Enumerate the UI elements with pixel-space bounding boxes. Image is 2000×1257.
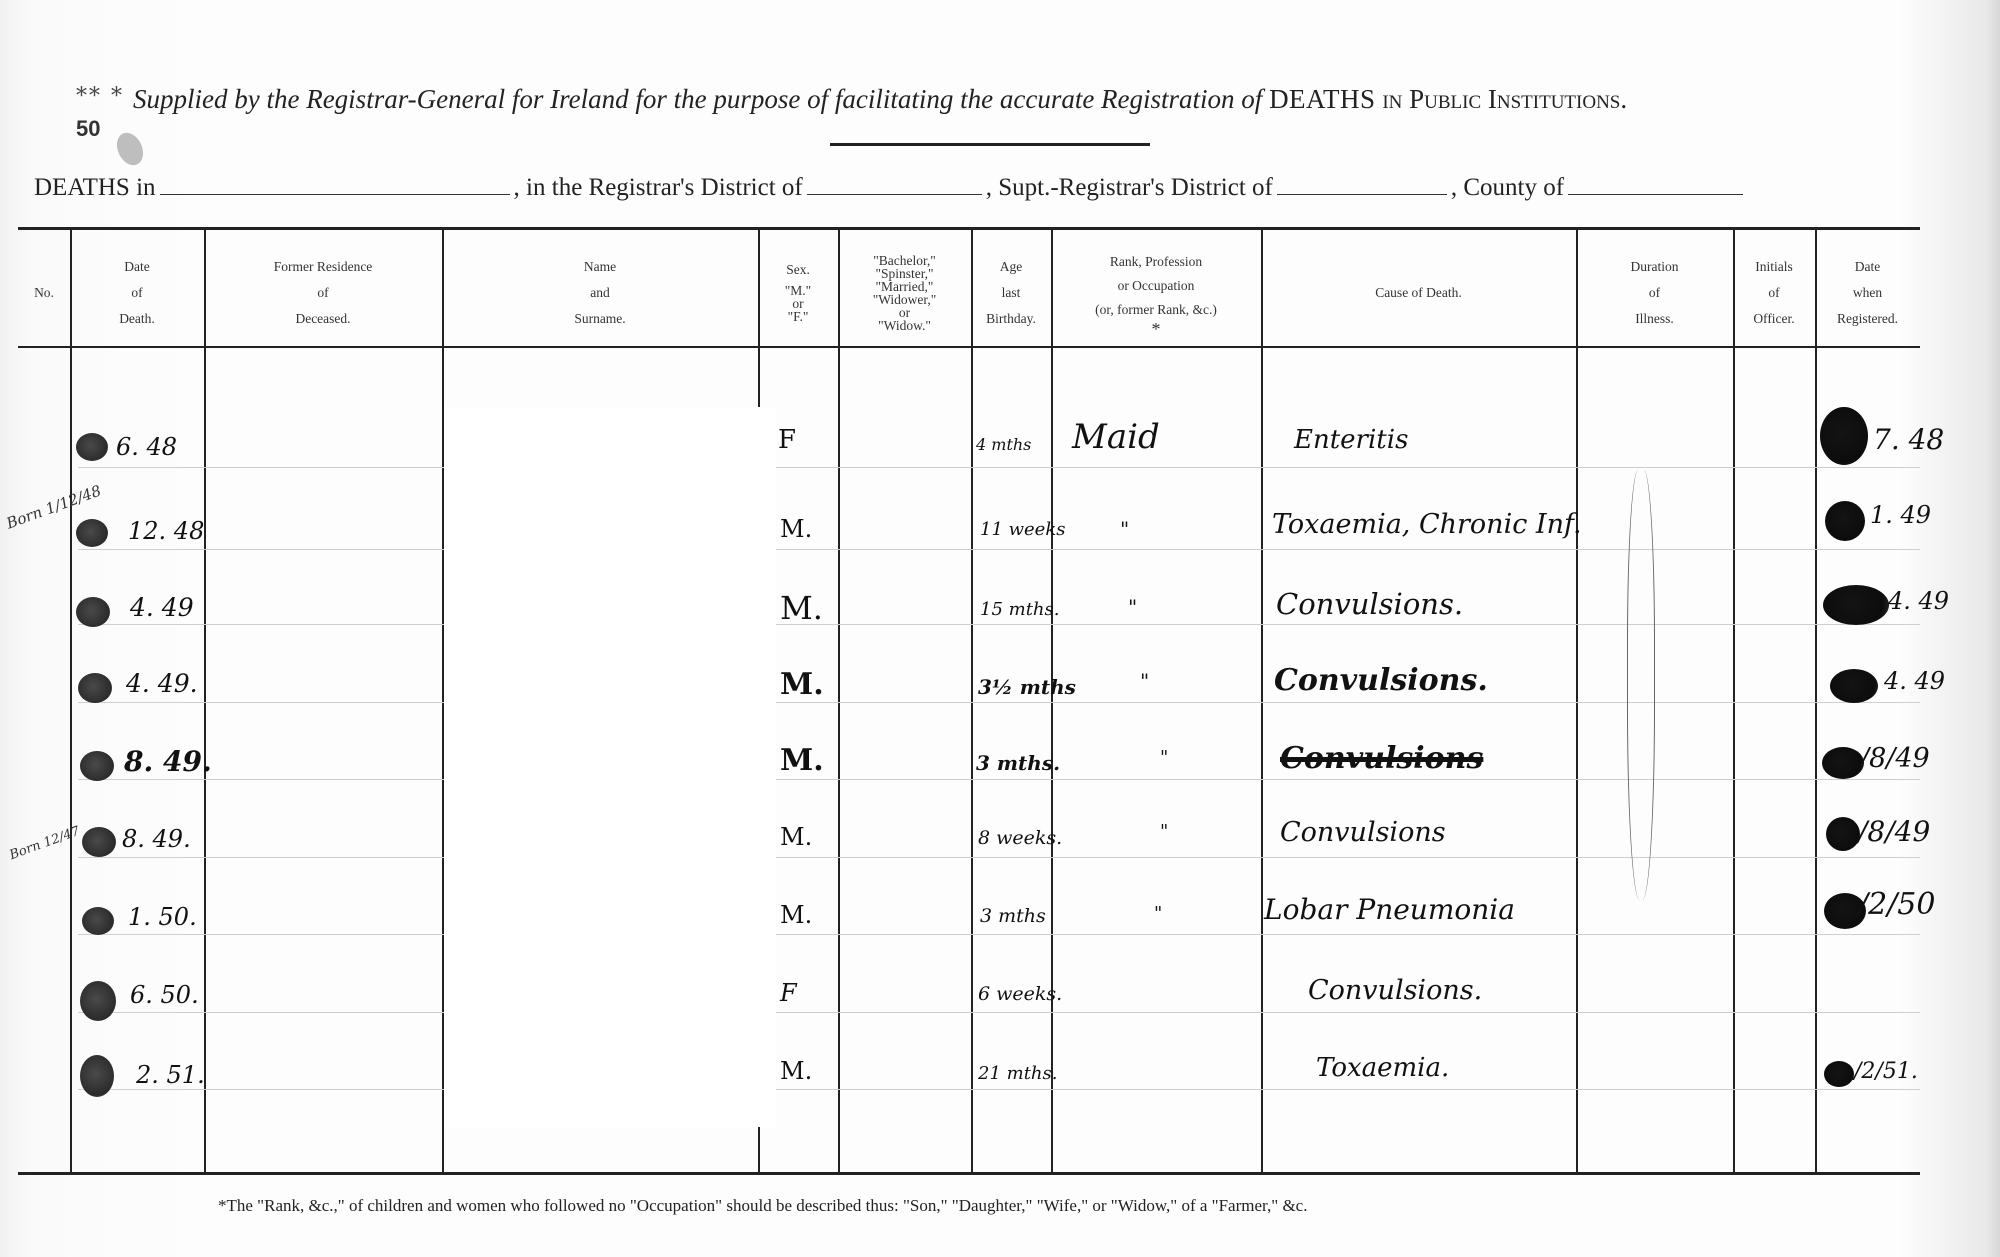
ink-blot-icon bbox=[82, 827, 116, 857]
header-divider bbox=[830, 143, 1150, 146]
date-of-death: 12. 48 bbox=[128, 517, 204, 545]
col-divider bbox=[1261, 227, 1263, 1172]
header-label: Registered. bbox=[1837, 306, 1898, 332]
header-former-residence: Former Residence of Deceased. bbox=[204, 243, 442, 343]
header-label: of bbox=[131, 280, 142, 306]
date-registered: /8/49 bbox=[1860, 743, 1930, 774]
age: 11 weeks bbox=[980, 519, 1065, 540]
header-label: Deceased. bbox=[295, 306, 350, 332]
sex: M. bbox=[780, 515, 812, 543]
header-label: Rank, Profession bbox=[1110, 250, 1202, 274]
header-label: Initials bbox=[1755, 254, 1793, 280]
sex: M. bbox=[780, 667, 824, 702]
district-line: DEATHS in , in the Registrar's District … bbox=[34, 174, 1914, 202]
header-date-of-death: Date of Death. bbox=[70, 243, 204, 343]
ruled-line bbox=[78, 1012, 1920, 1013]
col-divider bbox=[971, 227, 973, 1172]
header-bottom-rule bbox=[18, 346, 1920, 348]
age: 3 mths. bbox=[976, 751, 1060, 775]
header-label: when bbox=[1853, 280, 1882, 306]
rank: " bbox=[1160, 747, 1168, 768]
date-of-death: 2. 51. bbox=[136, 1061, 205, 1089]
registrar-district-field[interactable] bbox=[807, 174, 982, 195]
ruled-line bbox=[78, 467, 1920, 468]
date-of-death: 6. 50. bbox=[130, 981, 199, 1009]
header-rank: Rank, Profession or Occupation (or, form… bbox=[1051, 243, 1261, 343]
date-registered: /2/50 bbox=[1858, 887, 1935, 922]
header-duration: Duration of Illness. bbox=[1576, 243, 1733, 343]
date-registered: 4. 49 bbox=[1888, 587, 1949, 615]
cause: Convulsions bbox=[1280, 741, 1483, 776]
ink-blot-icon bbox=[1825, 501, 1865, 541]
ruled-line bbox=[78, 934, 1920, 935]
county-label: , County of bbox=[1451, 174, 1564, 202]
ink-blot-icon bbox=[1823, 585, 1889, 625]
header-age: Age last Birthday. bbox=[971, 243, 1051, 343]
supt-registrar-field[interactable] bbox=[1277, 174, 1447, 195]
col-divider bbox=[1576, 227, 1578, 1172]
sex: M. bbox=[780, 901, 812, 929]
header-initials: Initials of Officer. bbox=[1733, 243, 1815, 343]
rank: " bbox=[1120, 517, 1129, 541]
header-label: of bbox=[1649, 280, 1660, 306]
cause: Enteritis bbox=[1294, 425, 1408, 455]
stamp-number: 50 bbox=[76, 116, 100, 142]
rank: " bbox=[1160, 821, 1168, 842]
age: 21 mths. bbox=[978, 1063, 1057, 1084]
date-registered: 1. 49 bbox=[1870, 501, 1931, 529]
deaths-in-label: DEATHS in bbox=[34, 174, 156, 202]
registrar-district-label: , in the Registrar's District of bbox=[514, 174, 803, 202]
date-of-death: 4. 49 bbox=[130, 593, 194, 622]
ink-blot-icon bbox=[76, 519, 108, 547]
ink-blot-icon bbox=[1822, 747, 1864, 779]
rank: " bbox=[1128, 595, 1137, 619]
header-label: Cause of Death. bbox=[1375, 280, 1462, 306]
header-label: No. bbox=[34, 280, 54, 306]
col-divider bbox=[1733, 227, 1735, 1172]
ink-blot-icon bbox=[76, 433, 108, 461]
ink-blot-icon bbox=[80, 1055, 114, 1097]
date-of-death: 6. 48 bbox=[116, 433, 177, 461]
age: 3 mths bbox=[980, 905, 1046, 927]
cause: Convulsions. bbox=[1276, 587, 1463, 621]
redacted-name-area bbox=[444, 407, 776, 1127]
date-of-death: 8. 49. bbox=[124, 745, 212, 778]
header-label: last bbox=[1002, 280, 1021, 306]
sex: M. bbox=[780, 743, 824, 778]
sex: F bbox=[778, 425, 796, 455]
cause: Toxaemia, Chronic Inf. bbox=[1272, 509, 1582, 540]
header-label: Name bbox=[584, 254, 616, 280]
supply-text: Supplied by the Registrar-General for Ir… bbox=[133, 84, 1262, 114]
ink-blot-icon bbox=[80, 751, 114, 781]
cause: Convulsions. bbox=[1308, 975, 1482, 1006]
age: 15 mths. bbox=[980, 599, 1059, 620]
header-date-registered: Date when Registered. bbox=[1815, 243, 1920, 343]
sex: M. bbox=[780, 589, 823, 627]
header-label: and bbox=[590, 280, 610, 306]
ruled-line bbox=[78, 1089, 1920, 1090]
date-registered: /8/49 bbox=[1858, 815, 1930, 848]
ink-blot-icon bbox=[1830, 669, 1878, 703]
header-cause: Cause of Death. bbox=[1261, 243, 1576, 343]
supt-registrar-label: , Supt.-Registrar's District of bbox=[986, 174, 1273, 202]
header-label: Surname. bbox=[574, 306, 625, 332]
header-label: Sex. bbox=[786, 263, 810, 276]
header-label: Duration bbox=[1631, 254, 1679, 280]
cause: Toxaemia. bbox=[1316, 1053, 1449, 1083]
header-label: Date bbox=[1855, 254, 1880, 280]
header-label: Officer. bbox=[1753, 306, 1794, 332]
sex: M. bbox=[780, 823, 812, 851]
ink-blot-icon bbox=[76, 597, 110, 627]
col-divider bbox=[70, 227, 72, 1172]
ink-blot-icon bbox=[80, 981, 116, 1021]
col-divider bbox=[838, 227, 840, 1172]
asterisk-marks: ** * bbox=[76, 86, 124, 108]
supply-deaths-word: DEATHS bbox=[1269, 84, 1376, 114]
ink-stamp-icon bbox=[112, 129, 148, 170]
header-label: "Widow." bbox=[878, 319, 931, 332]
date-of-death: 1. 50. bbox=[128, 903, 197, 931]
ink-blot-icon bbox=[78, 673, 112, 703]
supply-institutions: in Public Institutions. bbox=[1382, 84, 1627, 114]
ink-blot-icon bbox=[1826, 817, 1860, 851]
rank: " bbox=[1140, 669, 1149, 693]
header-label: "F." bbox=[788, 310, 809, 323]
ditto-stroke-icon bbox=[1627, 470, 1655, 900]
date-registered: /2/51. bbox=[1854, 1059, 1918, 1084]
col-divider bbox=[1815, 227, 1817, 1172]
header-condition: "Bachelor," "Spinster," "Married," "Wido… bbox=[838, 243, 971, 343]
rank: " bbox=[1154, 903, 1162, 924]
header-no: No. bbox=[18, 243, 70, 343]
header-name: Name and Surname. bbox=[442, 243, 758, 343]
header-label: of bbox=[1768, 280, 1779, 306]
cause: Lobar Pneumonia bbox=[1264, 893, 1515, 926]
header-label: Former Residence bbox=[274, 254, 373, 280]
sex: F bbox=[780, 979, 797, 1007]
age: 3½ mths bbox=[978, 675, 1076, 699]
county-field[interactable] bbox=[1568, 174, 1743, 195]
ink-blot-icon bbox=[1824, 1061, 1854, 1087]
cause: Convulsions. bbox=[1274, 663, 1488, 698]
age: 8 weeks. bbox=[978, 827, 1062, 849]
supply-header-line: Supplied by the Registrar-General for Ir… bbox=[133, 84, 1627, 115]
header-label: of bbox=[317, 280, 328, 306]
cause: Convulsions bbox=[1280, 817, 1446, 848]
header-label: Date bbox=[124, 254, 149, 280]
date-registered: 4. 49 bbox=[1884, 667, 1945, 695]
deaths-in-field[interactable] bbox=[160, 174, 510, 195]
date-of-death: 4. 49. bbox=[126, 669, 198, 698]
date-of-death: 8. 49. bbox=[122, 825, 191, 853]
asterisk-icon: * bbox=[1152, 322, 1161, 336]
col-divider bbox=[204, 227, 206, 1172]
header-sex: Sex. "M." or "F." bbox=[758, 243, 838, 343]
header-label: Illness. bbox=[1635, 306, 1674, 332]
age: 4 mths bbox=[976, 435, 1031, 454]
ink-blot-icon bbox=[82, 907, 114, 935]
col-divider bbox=[1051, 227, 1053, 1172]
rank: Maid bbox=[1072, 417, 1160, 457]
ink-blot-icon bbox=[1820, 407, 1868, 465]
age: 6 weeks. bbox=[978, 983, 1062, 1005]
header-label: or Occupation bbox=[1118, 274, 1195, 298]
header-label: Death. bbox=[119, 306, 155, 332]
death-register-page: ** * 50 Supplied by the Registrar-Genera… bbox=[0, 0, 2000, 1257]
header-label: Birthday. bbox=[986, 306, 1036, 332]
footnote: *The "Rank, &c.," of children and women … bbox=[218, 1196, 1307, 1216]
date-registered: 7. 48 bbox=[1873, 423, 1944, 456]
sex: M. bbox=[780, 1057, 812, 1085]
table-top-rule bbox=[18, 227, 1920, 230]
header-label: Age bbox=[1000, 254, 1023, 280]
table-bottom-rule bbox=[18, 1172, 1920, 1175]
